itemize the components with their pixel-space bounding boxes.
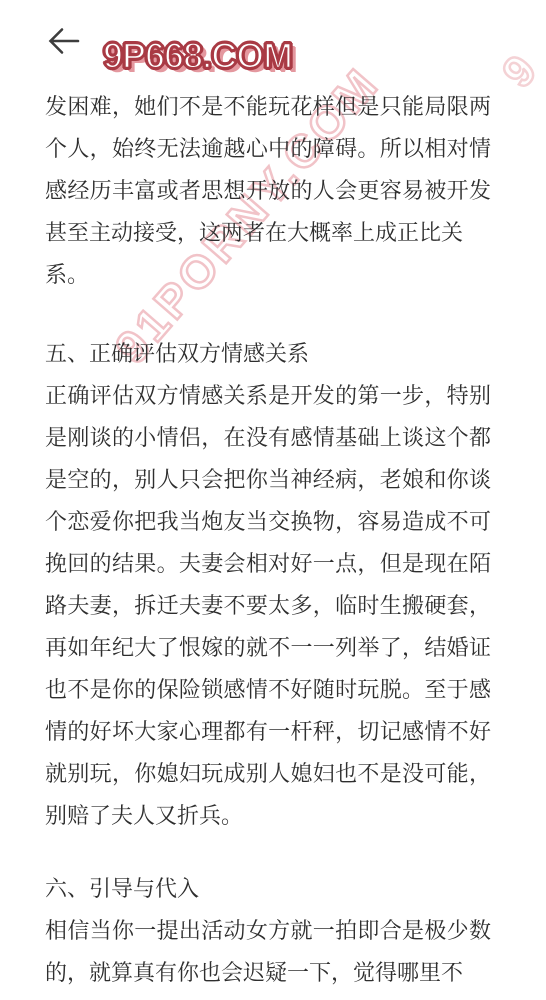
article-body: 发困难，她们不是不能玩花样但是只能局限两 个人，始终无法逾越心中的障碍。所以相对… xyxy=(0,86,546,994)
paragraph: 正确评估双方情感关系是开发的第一步，特别 是刚谈的小情侣，在没有感情基础上谈这个… xyxy=(45,375,491,837)
text-line: 甚至主动接受，这两者在大概率上成正比关 xyxy=(45,212,491,254)
text-line: 系。 xyxy=(45,254,491,296)
text-line: 相信当你一提出活动女方就一拍即合是极少数 xyxy=(45,910,491,952)
top-bar: 9P668.COM xyxy=(0,0,546,86)
text-line: 感经历丰富或者思想开放的人会更容易被开发 xyxy=(45,170,491,212)
section-heading-5: 五、正确评估双方情感关系 xyxy=(45,333,491,375)
text-line: 情的好坏大家心理都有一杆秤，切记感情不好 xyxy=(45,711,491,753)
section-heading-6: 六、引导与代入 xyxy=(45,868,491,910)
text-line: 发困难，她们不是不能玩花样但是只能局限两 xyxy=(45,86,491,128)
text-line: 挽回的结果。夫妻会相对好一点，但是现在陌 xyxy=(45,543,491,585)
text-line: 就别玩，你媳妇玩成别人媳妇也不是没可能， xyxy=(45,753,491,795)
text-line: 再如年纪大了恨嫁的就不一一列举了，结婚证 xyxy=(45,627,491,669)
text-line: 是空的，别人只会把你当神经病，老娘和你谈 xyxy=(45,459,491,501)
text-line: 的，就算真有你也会迟疑一下，觉得哪里不 xyxy=(45,952,491,994)
reader-page: 91PORNY.COM 9 9P668.COM 发困难，她们不是不能玩花样但是只… xyxy=(0,0,546,1000)
text-line: 别赔了夫人又折兵。 xyxy=(45,795,491,837)
paragraph: 发困难，她们不是不能玩花样但是只能局限两 个人，始终无法逾越心中的障碍。所以相对… xyxy=(45,86,491,296)
text-line: 个恋爱你把我当炮友当交换物，容易造成不可 xyxy=(45,501,491,543)
text-line: 个人，始终无法逾越心中的障碍。所以相对情 xyxy=(45,128,491,170)
back-arrow-icon xyxy=(45,24,83,58)
paragraph: 相信当你一提出活动女方就一拍即合是极少数 的，就算真有你也会迟疑一下，觉得哪里不 xyxy=(45,910,491,994)
text-line: 也不是你的保险锁感情不好随时玩脱。至于感 xyxy=(45,669,491,711)
site-logo: 9P668.COM xyxy=(103,36,292,76)
text-line: 是刚谈的小情侣，在没有感情基础上谈这个都 xyxy=(45,417,491,459)
back-button[interactable] xyxy=(44,22,84,60)
text-line: 路夫妻，拆迁夫妻不要太多，临时生搬硬套， xyxy=(45,585,491,627)
text-line: 正确评估双方情感关系是开发的第一步，特别 xyxy=(45,375,491,417)
